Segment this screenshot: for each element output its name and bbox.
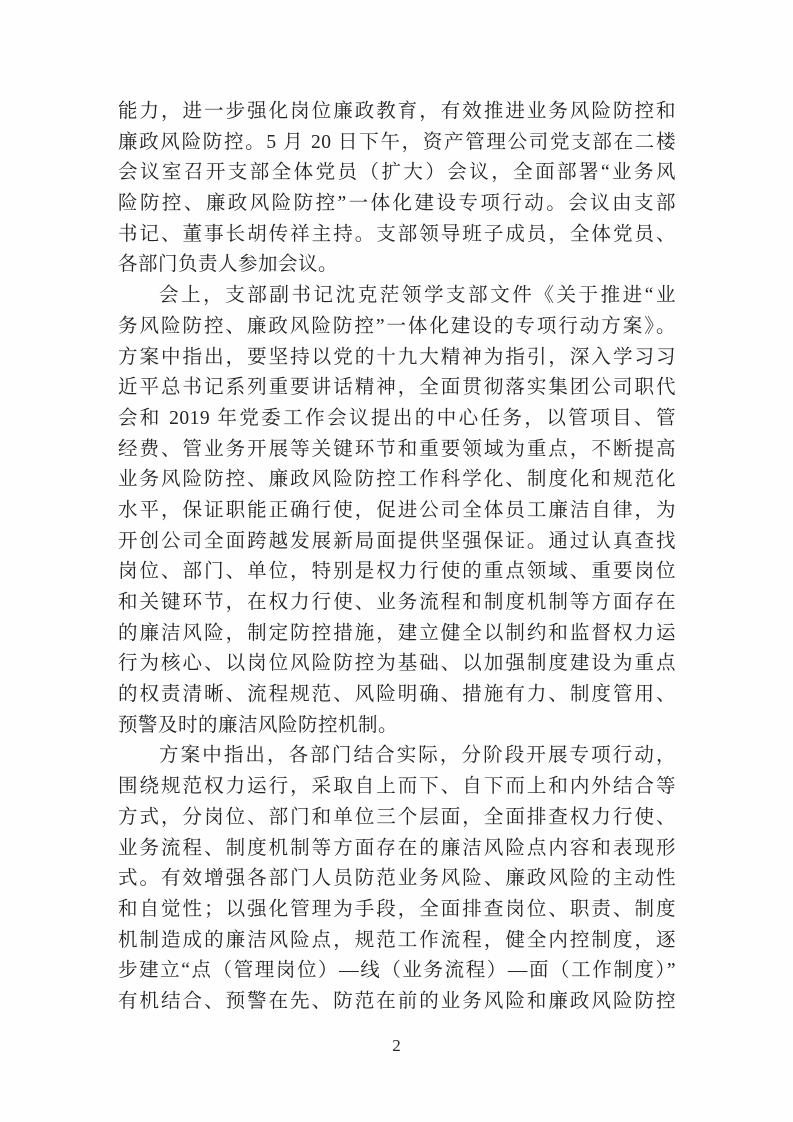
document-line: 方式，分岗位、部门和单位三个层面，全面排查权力行使、 (118, 803, 676, 834)
page-number: 2 (0, 1036, 793, 1056)
document-line: 会议室召开支部全体党员（扩大）会议，全面部署“业务风 (118, 158, 676, 189)
document-line: 方案中指出，各部门结合实际，分阶段开展专项行动， (118, 741, 676, 772)
document-line: 围绕规范权力运行，采取自上而下、自下而上和内外结合等 (118, 772, 676, 803)
document-line: 会上，支部副书记沈克茫领学支部文件《关于推进“业 (118, 281, 676, 312)
document-line: 业务风险防控、廉政风险防控工作科学化、制度化和规范化 (118, 465, 676, 496)
document-line: 险防控、廉政风险防控”一体化建设专项行动。会议由支部 (118, 189, 676, 220)
document-line: 会和 2019 年党委工作会议提出的中心任务，以管项目、管 (118, 404, 676, 435)
document-page: 能力，进一步强化岗位廉政教育，有效推进业务风险防控和廉政风险防控。5 月 20 … (0, 0, 793, 1122)
document-line: 经费、管业务开展等关键环节和重要领域为重点，不断提高 (118, 435, 676, 466)
document-line: 能力，进一步强化岗位廉政教育，有效推进业务风险防控和 (118, 97, 676, 128)
document-line: 式。有效增强各部门人员防范业务风险、廉政风险的主动性 (118, 864, 676, 895)
document-line: 岗位、部门、单位，特别是权力行使的重点领域、重要岗位 (118, 557, 676, 588)
document-line: 和自觉性；以强化管理为手段，全面排查岗位、职责、制度 (118, 895, 676, 926)
document-line: 的权责清晰、流程规范、风险明确、措施有力、制度管用、 (118, 680, 676, 711)
document-line: 有机结合、预警在先、防范在前的业务风险和廉政风险防控 (118, 987, 676, 1018)
document-line: 步建立“点（管理岗位）—线（业务流程）—面（工作制度）” (118, 956, 676, 987)
document-line: 水平，保证职能正确行使，促进公司全体员工廉洁自律，为 (118, 496, 676, 527)
document-line: 和关键环节，在权力行使、业务流程和制度机制等方面存在 (118, 588, 676, 619)
document-line: 各部门负责人参加会议。 (118, 250, 676, 281)
document-line: 行为核心、以岗位风险防控为基础、以加强制度建设为重点 (118, 649, 676, 680)
document-line: 业务流程、制度机制等方面存在的廉洁风险点内容和表现形 (118, 834, 676, 865)
document-line: 的廉洁风险，制定防控措施，建立健全以制约和监督权力运 (118, 619, 676, 650)
document-line: 书记、董事长胡传祥主持。支部领导班子成员，全体党员、 (118, 220, 676, 251)
document-line: 方案中指出，要坚持以党的十九大精神为指引，深入学习习 (118, 343, 676, 374)
document-line: 机制造成的廉洁风险点，规范工作流程，健全内控制度，逐 (118, 926, 676, 957)
document-line: 预警及时的廉洁风险防控机制。 (118, 711, 676, 742)
document-line: 开创公司全面跨越发展新局面提供坚强保证。通过认真查找 (118, 527, 676, 558)
document-line: 近平总书记系列重要讲话精神，全面贯彻落实集团公司职代 (118, 373, 676, 404)
document-line: 务风险防控、廉政风险防控”一体化建设的专项行动方案》。 (118, 312, 676, 343)
document-text-block: 能力，进一步强化岗位廉政教育，有效推进业务风险防控和廉政风险防控。5 月 20 … (118, 97, 676, 1018)
document-line: 廉政风险防控。5 月 20 日下午，资产管理公司党支部在二楼 (118, 128, 676, 159)
